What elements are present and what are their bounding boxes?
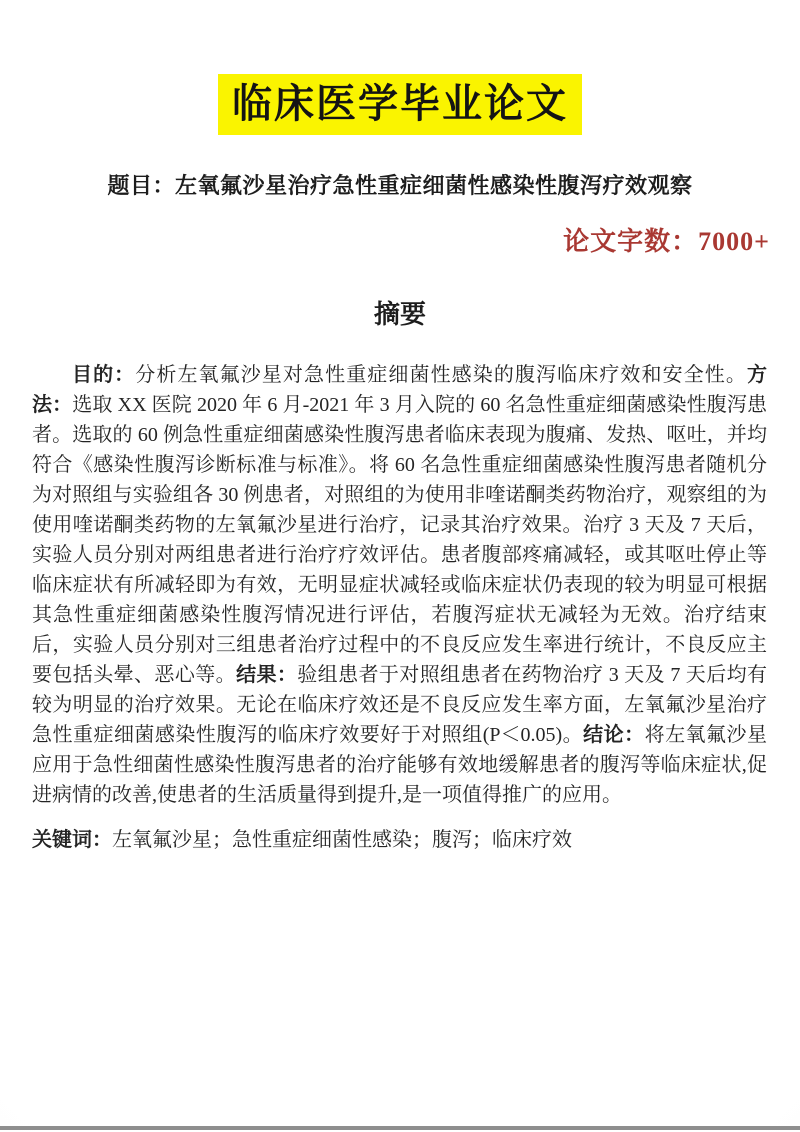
keywords-line: 关键词：左氧氟沙星；急性重症细菌性感染；腹泻；临床疗效 bbox=[32, 826, 767, 854]
abstract-segment-objective-text: 分析左氧氟沙星对急性重症细菌性感染的腹泻临床疗效和安全性。 bbox=[135, 364, 747, 386]
word-count-value: 7000+ bbox=[698, 227, 770, 256]
main-title-wrap: 临床医学毕业论文 bbox=[0, 74, 800, 135]
abstract-segment-results-label: 结果： bbox=[236, 664, 297, 686]
word-count: 论文字数：7000+ bbox=[563, 221, 770, 258]
keywords-text: 左氧氟沙星；急性重症细菌性感染；腹泻；临床疗效 bbox=[112, 829, 572, 851]
document-page: 临床医学毕业论文 题目：左氧氟沙星治疗急性重症细菌性感染性腹泻疗效观察 论文字数… bbox=[0, 0, 800, 1132]
abstract-segment-conclusion-label: 结论： bbox=[583, 724, 644, 746]
thesis-topic-line: 题目：左氧氟沙星治疗急性重症细菌性感染性腹泻疗效观察 bbox=[0, 169, 800, 200]
word-count-label: 论文字数： bbox=[563, 227, 698, 256]
abstract-segment-objective-label: 目的： bbox=[72, 364, 135, 386]
abstract-segment-methods-text: 选取 XX 医院 2020 年 6 月-2021 年 3 月入院的 60 名急性… bbox=[32, 394, 767, 686]
keywords-label: 关键词： bbox=[32, 829, 112, 851]
main-title: 临床医学毕业论文 bbox=[218, 74, 582, 135]
bottom-edge-bar bbox=[0, 1126, 800, 1130]
abstract-heading: 摘要 bbox=[0, 294, 800, 331]
abstract-paragraph: 目的：分析左氧氟沙星对急性重症细菌性感染的腹泻临床疗效和安全性。方法：选取 XX… bbox=[32, 360, 767, 810]
